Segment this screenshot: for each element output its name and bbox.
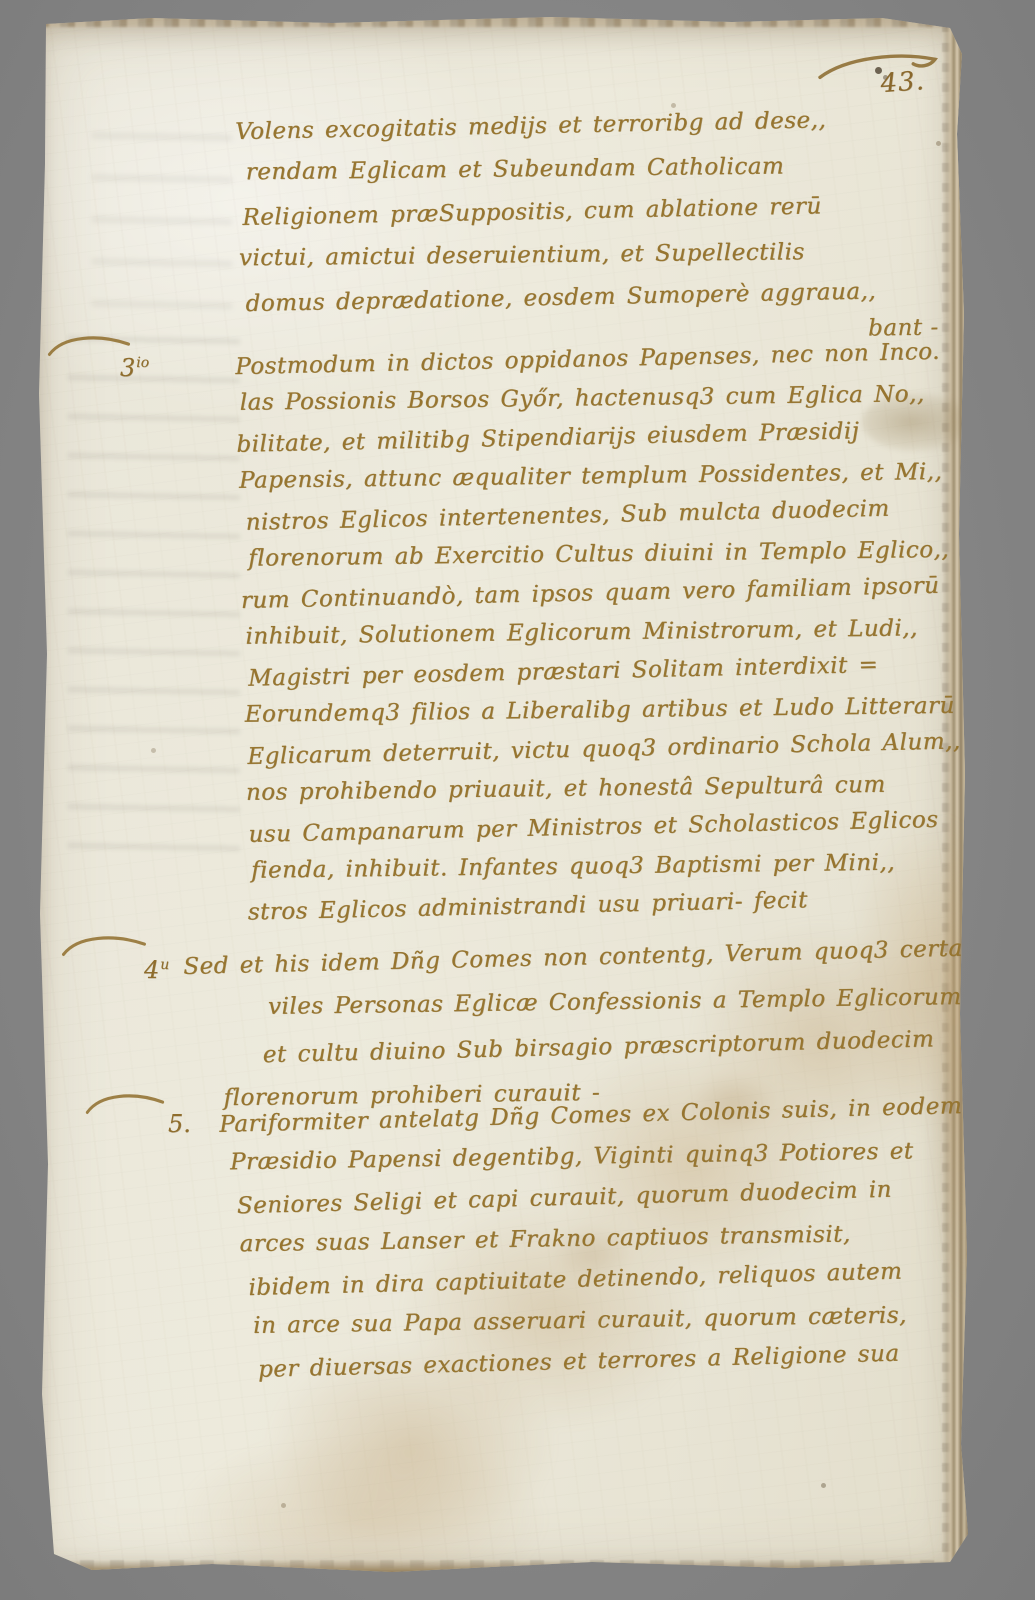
paragraph-number: 4 — [144, 956, 159, 984]
manuscript-line: Papensis, attunc æqualiter templum Possi… — [239, 459, 943, 494]
manuscript-line: et cultu diuino Sub birsagio præscriptor… — [263, 1026, 935, 1068]
manuscript-line: Magistri per eosdem præstari Solitam int… — [248, 652, 879, 692]
manuscript-line: Religionem præSuppositis, cum ablatione … — [242, 193, 822, 231]
ink-speckles — [32, 14, 35, 17]
paragraph-number: 5. — [168, 1110, 191, 1138]
manuscript-line: nistros Eglicos intertenentes, Sub mulct… — [245, 496, 890, 536]
paragraph-marker: 5. — [168, 1110, 191, 1138]
manuscript-line: domus deprædatione, eosdem Sumoperè aggr… — [245, 278, 876, 317]
paragraph: Volens excogitatis medijs et terroribg a… — [235, 107, 995, 118]
manuscript-line: arces suas Lanser et Frakno captiuos tra… — [239, 1221, 850, 1257]
paragraph-number-suffix: io — [136, 355, 149, 371]
manuscript-line: viles Personas Eglicæ Confessionis a Tem… — [268, 984, 962, 1020]
manuscript-line: Eglicarum deterruit, victu quoq3 ordinar… — [247, 728, 961, 770]
paragraph-number-suffix: u — [160, 957, 169, 973]
paragraph-flourish — [60, 932, 148, 964]
manuscript-line: Postmodum in dictos oppidanos Papenses, … — [235, 339, 940, 380]
manuscript-line: inhibuit, Solutionem Eglicorum Ministror… — [245, 615, 918, 649]
manuscript-line: in arce sua Papa asseruari curauit, quor… — [253, 1302, 907, 1338]
manuscript-line: rendam Eglicam et Subeundam Catholicam — [246, 153, 785, 185]
paragraph-flourish — [84, 1090, 166, 1122]
flourish-icon — [84, 1090, 166, 1118]
text-layer: Volens excogitatis medijs et terroribg a… — [32, 14, 975, 1582]
manuscript-line: florenorum ab Exercitio Cultus diuini in… — [248, 537, 949, 572]
paragraph: Sed et his idem Dñg Comes non contentg, … — [235, 937, 995, 950]
paragraph-number: 3 — [120, 354, 135, 382]
manuscript-line: per diuersas exactiones et terrores a Re… — [258, 1341, 900, 1383]
manuscript-line: victui, amictui deseruientium, et Supell… — [239, 239, 805, 271]
manuscript-line: rum Continuandò, tam ipsos quam vero fam… — [241, 573, 940, 614]
manuscript-line: las Possionis Borsos Győr, hactenusq3 cu… — [240, 381, 925, 416]
flourish-icon — [60, 932, 148, 960]
manuscript-line: Volens excogitatis medijs et terroribg a… — [235, 107, 827, 145]
paragraph-marker: 4u — [144, 956, 169, 984]
paragraph-tail: bant - — [868, 315, 939, 342]
manuscript-line: Seniores Seligi et capi curauit, quorum … — [237, 1177, 893, 1220]
manuscript-line: fienda, inhibuit. Infantes quoq3 Baptism… — [251, 850, 895, 884]
manuscript-line: ibidem in dira captiuitate detinendo, re… — [248, 1259, 902, 1302]
manuscript-line: Præsidio Papensi degentibg, Viginti quin… — [230, 1138, 914, 1175]
manuscript-line: Eorundemq3 filios a Liberalibg artibus e… — [245, 693, 955, 728]
manuscript-line: usu Campanarum per Ministros et Scholast… — [248, 807, 938, 848]
manuscript-line: nos prohibendo priuauit, et honestâ Sepu… — [246, 772, 886, 806]
paragraph-marker: 3io — [120, 354, 149, 382]
manuscript-line: stros Eglicos administrandi usu priuari-… — [248, 887, 809, 925]
manuscript-line: bilitate, et militibg Stipendiarijs eius… — [236, 418, 859, 458]
paragraph: Postmodum in dictos oppidanos Papenses, … — [235, 340, 995, 352]
manuscript-page: 43. Volens excogitatis medijs et terrori… — [32, 14, 975, 1582]
manuscript-line: Sed et his idem Dñg Comes non contentg, … — [183, 935, 975, 980]
